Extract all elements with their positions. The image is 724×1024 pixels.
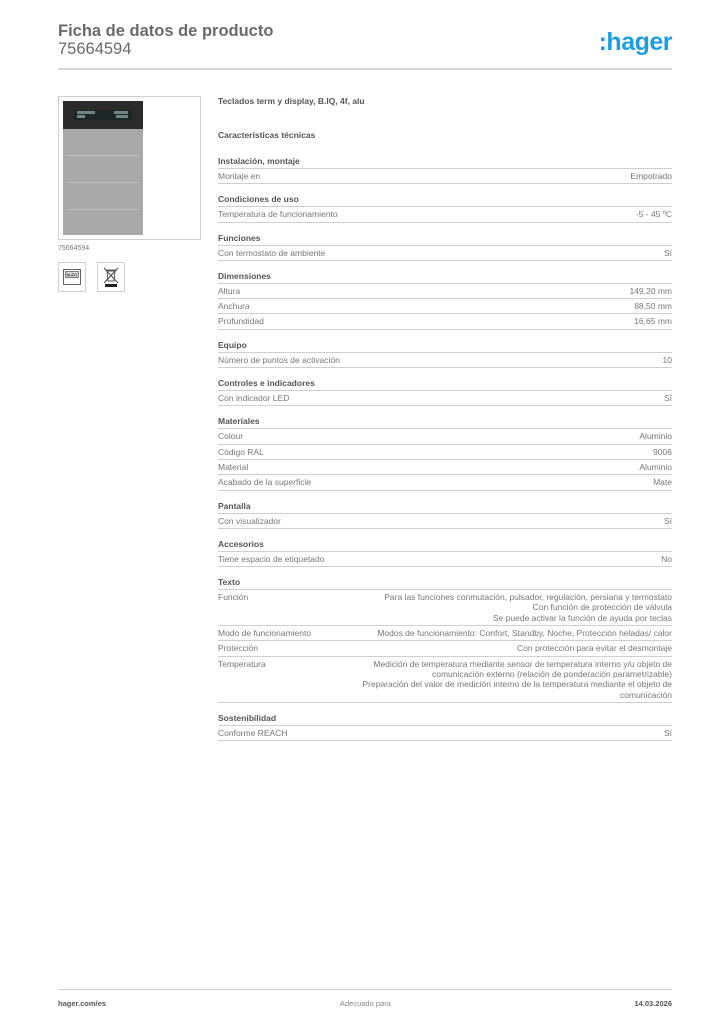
spec-value-line: 149,20 mm	[629, 286, 672, 296]
spec-value: 16,65 mm	[634, 316, 672, 326]
spec-row: Temperatura de funcionamiento-5 - 45 ºC	[218, 207, 672, 222]
key-separator	[67, 155, 139, 156]
spec-label: Modo de funcionamiento	[218, 628, 311, 638]
spec-value-line: Con protección para evitar el desmontaje	[517, 643, 672, 653]
spec-value-line: Aluminio	[639, 431, 672, 441]
spec-value: 9006	[653, 447, 672, 457]
footer-divider	[58, 989, 672, 990]
spec-value: Empotrado	[630, 171, 672, 181]
document-date: 14.03.2026	[634, 999, 672, 1008]
spec-value-line: Sí	[664, 728, 672, 738]
spec-value: Sí	[664, 516, 672, 526]
spec-label: Montaje en	[218, 171, 260, 181]
spec-row: Con indicador LEDSí	[218, 391, 672, 406]
spec-value: Medición de temperatura mediante sensor …	[352, 659, 672, 700]
spec-value: No	[661, 554, 672, 564]
spec-row: Número de puntos de activación10	[218, 353, 672, 368]
spec-value: 88,50 mm	[634, 301, 672, 311]
spec-label: Profundidad	[218, 316, 264, 326]
spec-value: Aluminio	[639, 462, 672, 472]
spec-section: SostenibilidadConforme REACHSí	[218, 713, 672, 741]
spec-row: ProtecciónCon protección para evitar el …	[218, 641, 672, 656]
spec-row: Código RAL9006	[218, 445, 672, 460]
spec-label: Función	[218, 592, 248, 623]
spec-value-line: -5 - 45 ºC	[636, 209, 672, 219]
spec-section: Condiciones de usoTemperatura de funcion…	[218, 194, 672, 222]
spec-row: ColourAluminio	[218, 429, 672, 444]
spec-row: MaterialAluminio	[218, 460, 672, 475]
spec-label: Material	[218, 462, 248, 472]
keypad-device-illustration	[63, 101, 143, 235]
spec-value: Mate	[653, 477, 672, 487]
spec-value-line: Mate	[653, 477, 672, 487]
suitable-for-label: Adecuado para	[340, 999, 391, 1008]
spec-value-line: 10	[663, 355, 672, 365]
spec-value-line: Sí	[664, 516, 672, 526]
spec-label: Temperatura de funcionamiento	[218, 209, 338, 219]
section-title: Dimensiones	[218, 271, 672, 284]
spec-value: Para las funciones conmutación, pulsador…	[352, 592, 672, 623]
spec-value: Sí	[664, 248, 672, 258]
spec-value-line: Sí	[664, 248, 672, 258]
spec-row: Montaje enEmpotrado	[218, 169, 672, 184]
spec-label: Tiene espacio de etiquetado	[218, 554, 325, 564]
spec-row: Tiene espacio de etiquetadoNo	[218, 552, 672, 567]
header-divider	[58, 68, 672, 70]
section-title: Sostenibilidad	[218, 713, 672, 726]
spec-label: Protección	[218, 643, 258, 653]
key-separator	[67, 182, 139, 183]
spec-section: MaterialesColourAluminioCódigo RAL9006Ma…	[218, 416, 672, 490]
section-title: Materiales	[218, 416, 672, 429]
spec-section: EquipoNúmero de puntos de activación10	[218, 340, 672, 368]
device-display	[63, 101, 143, 129]
spec-value-line: Aluminio	[639, 462, 672, 472]
spec-value: Sí	[664, 393, 672, 403]
spec-label: Colour	[218, 431, 243, 441]
spec-section: Instalación, montajeMontaje enEmpotrado	[218, 156, 672, 184]
page-header: Ficha de datos de producto 75664594 :hag…	[58, 22, 672, 58]
product-image	[58, 96, 201, 240]
spec-value-line: Preparación del valor de medición intern…	[352, 679, 672, 700]
spec-sections: Instalación, montajeMontaje enEmpotradoC…	[218, 156, 672, 741]
spec-section: Controles e indicadoresCon indicador LED…	[218, 378, 672, 406]
spec-value: Sí	[664, 728, 672, 738]
spec-row: TemperaturaMedición de temperatura media…	[218, 657, 672, 703]
product-name: Teclados term y display, B.IQ, 4f, alu	[218, 96, 672, 130]
spec-value-line: No	[661, 554, 672, 564]
spec-value: 10	[663, 355, 672, 365]
spec-section: TextoFunciónPara las funciones conmutaci…	[218, 577, 672, 703]
spec-value-line: 16,65 mm	[634, 316, 672, 326]
spec-value-line: Sí	[664, 393, 672, 403]
spec-value-line: Modos de funcionamiento: Confort, Standb…	[352, 628, 672, 638]
spec-value: Aluminio	[639, 431, 672, 441]
spec-value-line: Con función de protección de válvula	[352, 602, 672, 612]
section-title: Instalación, montaje	[218, 156, 672, 169]
spec-value: -5 - 45 ºC	[636, 209, 672, 219]
spec-label: Código RAL	[218, 447, 264, 457]
spec-row: Modo de funcionamientoModos de funcionam…	[218, 626, 672, 641]
spec-row: Acabado de la superficieMate	[218, 475, 672, 490]
spec-value-line: Empotrado	[630, 171, 672, 181]
key-separator	[67, 209, 139, 210]
spec-value-line: Se puede activar la función de ayuda por…	[352, 613, 672, 623]
spec-section: PantallaCon visualizadorSí	[218, 501, 672, 529]
spec-value: Con protección para evitar el desmontaje	[517, 643, 672, 653]
spec-value-line: 88,50 mm	[634, 301, 672, 311]
spec-label: Con termostato de ambiente	[218, 248, 325, 258]
section-title: Controles e indicadores	[218, 378, 672, 391]
spec-value-line: 9006	[653, 447, 672, 457]
section-title: Equipo	[218, 340, 672, 353]
spec-row: Altura149,20 mm	[218, 284, 672, 299]
spec-value: 149,20 mm	[629, 286, 672, 296]
spec-label: Acabado de la superficie	[218, 477, 311, 487]
spec-label: Altura	[218, 286, 240, 296]
website-link[interactable]: hager.com/es	[58, 999, 106, 1008]
spec-row: FunciónPara las funciones conmutación, p…	[218, 590, 672, 626]
section-title: Accesorios	[218, 539, 672, 552]
spec-label: Anchura	[218, 301, 250, 311]
spec-row: Conforme REACHSí	[218, 726, 672, 741]
tech-characteristics-heading: Características técnicas	[218, 130, 672, 156]
spec-label: Con visualizador	[218, 516, 281, 526]
spec-value: Modos de funcionamiento: Confort, Standb…	[352, 628, 672, 638]
spec-section: FuncionesCon termostato de ambienteSí	[218, 233, 672, 261]
hager-logo: :hager	[599, 28, 672, 57]
technical-specs: Teclados term y display, B.IQ, 4f, alu C…	[218, 96, 672, 751]
spec-label: Temperatura	[218, 659, 266, 700]
svg-text:N-FC: N-FC	[67, 273, 79, 278]
spec-row: Con visualizadorSí	[218, 514, 672, 529]
nfc-app-icon: N-FC	[58, 262, 86, 292]
section-title: Condiciones de uso	[218, 194, 672, 207]
product-number: 75664594	[58, 40, 672, 58]
weee-crossed-bin-icon	[97, 262, 125, 292]
page-title: Ficha de datos de producto	[58, 22, 672, 40]
spec-label: Conforme REACH	[218, 728, 287, 738]
spec-section: DimensionesAltura149,20 mmAnchura88,50 m…	[218, 271, 672, 330]
spec-section: AccesoriosTiene espacio de etiquetadoNo	[218, 539, 672, 567]
section-title: Texto	[218, 577, 672, 590]
spec-value-line: Para las funciones conmutación, pulsador…	[352, 592, 672, 602]
spec-label: Con indicador LED	[218, 393, 289, 403]
spec-row: Con termostato de ambienteSí	[218, 246, 672, 261]
spec-value-line: Medición de temperatura mediante sensor …	[352, 659, 672, 680]
spec-label: Número de puntos de activación	[218, 355, 340, 365]
spec-row: Anchura88,50 mm	[218, 299, 672, 314]
spec-row: Profundidad16,65 mm	[218, 314, 672, 329]
section-title: Funciones	[218, 233, 672, 246]
device-screen	[74, 110, 132, 120]
section-title: Pantalla	[218, 501, 672, 514]
image-caption: 75664594	[58, 245, 89, 252]
